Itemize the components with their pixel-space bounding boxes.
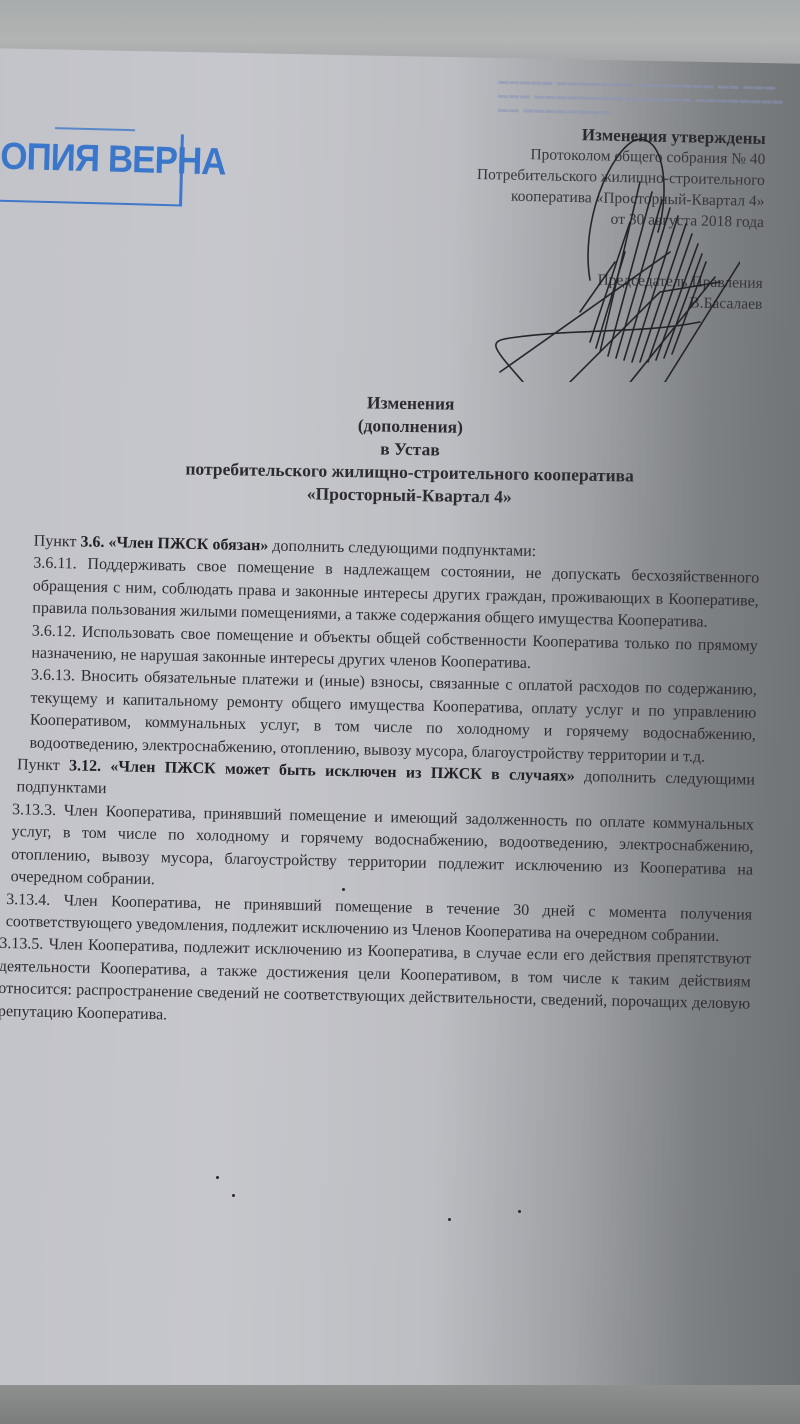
document-title: Изменения (дополнения) в Устав потребите… (59, 387, 761, 513)
ink-speck (342, 888, 345, 891)
clause-text: Член Кооператива, подлежит исключению из… (0, 936, 751, 1023)
ink-speck (448, 1218, 451, 1221)
intro-prefix: Пункт (34, 533, 81, 551)
copy-certified-stamp: ОПИЯ ВЕРНА (0, 130, 184, 207)
clause-text: Поддерживать свое помещение в надлежащем… (32, 556, 759, 631)
clause-number: 3.6.13. (31, 667, 75, 685)
ink-speck (216, 1176, 219, 1179)
clause-text: Вносить обязательные платежи и (иные) вз… (29, 668, 757, 765)
clause: 3.13.3. Член Кооператива, принявший поме… (10, 799, 754, 904)
clause: 3.6.13. Вносить обязательные платежи и (… (29, 665, 757, 770)
clause-text: Член Кооператива, принявший помещение и … (11, 802, 755, 888)
ink-speck (518, 1210, 521, 1213)
approval-block: Изменения утверждены Протоколом общего с… (474, 122, 766, 315)
clause-number: 3.13.3. (12, 801, 56, 819)
clause-number: 3.6.11. (33, 555, 77, 573)
stamp-text: ОПИЯ ВЕРНА (0, 136, 226, 185)
clause: 3.13.5. Член Кооператива, подлежит исклю… (0, 933, 751, 1038)
document: ОПИЯ ВЕРНА ▬▬▬▬▬ ▬▬▬▬▬▬▬ ▬▬▬▬▬▬▬ ▬▬ ▬▬▬ … (0, 0, 800, 1424)
ink-speck (232, 1194, 235, 1197)
clause-number: 3.13.4. (6, 891, 50, 909)
intro-prefix: Пункт (17, 756, 69, 774)
document-body: Пункт 3.6. «Член ПЖСК обязан» дополнить … (0, 530, 760, 1039)
stamp-border-line (55, 127, 135, 131)
registration-stamp: ▬▬▬▬▬ ▬▬▬▬▬▬▬ ▬▬▬▬▬▬▬ ▬▬ ▬▬▬ ▬▬▬ ▬▬▬▬▬▬▬… (498, 75, 799, 123)
intro-bold: 3.6. «Член ПЖСК обязан» (80, 534, 268, 555)
intro-suffix: дополнить следующими подпунктами: (268, 537, 536, 560)
clause-number: 3.6.12. (32, 622, 76, 640)
clause-number: 3.13.5. (0, 935, 44, 953)
